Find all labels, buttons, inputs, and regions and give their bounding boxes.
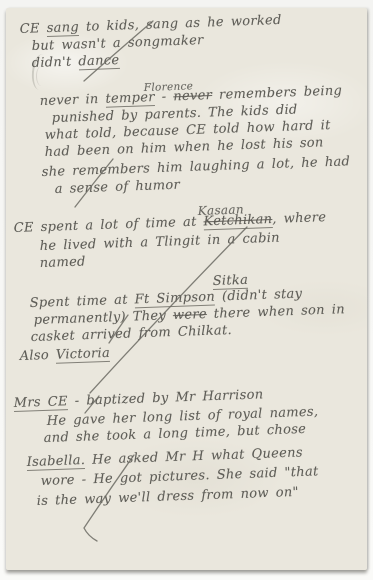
underlined-struck-word: Ketchikan <box>203 212 272 230</box>
note-line-17: Also Victoria <box>19 346 110 364</box>
underlined-word: Mrs CE <box>13 394 68 412</box>
scan-background: CE sang to kids, sang as he worked but w… <box>0 0 373 580</box>
note-line-12: named <box>39 254 85 271</box>
text-segment: didn't <box>31 54 78 71</box>
note-line-9: a sense of humor <box>54 178 180 197</box>
note-line-11: he lived with a Tlingit in a cabin <box>39 231 280 254</box>
text-segment: is the way we'll dress from now on" <box>36 485 299 509</box>
underlined-word: Ft Simpson <box>134 290 215 309</box>
underlined-word: Isabella. <box>26 453 85 471</box>
struck-word: never <box>173 88 212 104</box>
note-line-3: didn't dance <box>31 53 119 71</box>
underlined-word: dance <box>78 53 119 70</box>
underlined-word: Sitka <box>212 273 248 290</box>
text-segment: never in <box>39 92 105 109</box>
text-segment: a sense of humor <box>54 178 180 197</box>
text-segment: Spent time at <box>29 292 134 311</box>
struck-word: were <box>173 307 207 323</box>
text-segment: CE spent a lot of time at <box>13 214 203 236</box>
text-segment: CE <box>19 21 46 37</box>
note-line-13: Sitka <box>212 273 248 289</box>
note-line-23: is the way we'll dress from now on" <box>36 485 299 509</box>
text-segment: remembers being <box>212 83 343 103</box>
text-segment: He asked Mr H what Queens <box>85 445 303 468</box>
text-segment: Also <box>19 348 56 364</box>
text-segment: he lived with a Tlingit in a cabin <box>39 231 280 254</box>
text-segment: - baptized by Mr Harrison <box>68 387 264 409</box>
text-segment: , where <box>272 210 326 227</box>
underlined-word: sang <box>46 20 79 37</box>
handwritten-note-paper: CE sang to kids, sang as he worked but w… <box>6 8 367 570</box>
text-segment: - <box>155 89 174 105</box>
text-segment: (didn't stay <box>215 286 303 304</box>
text-segment: to kids, sang as he worked <box>79 13 282 35</box>
note-line-1: CE sang to kids, sang as he worked <box>19 13 281 37</box>
underlined-word: Victoria <box>56 346 111 364</box>
underlined-word: temper <box>105 90 155 108</box>
text-segment: named <box>39 254 85 271</box>
text-segment: there when son in <box>207 302 346 322</box>
